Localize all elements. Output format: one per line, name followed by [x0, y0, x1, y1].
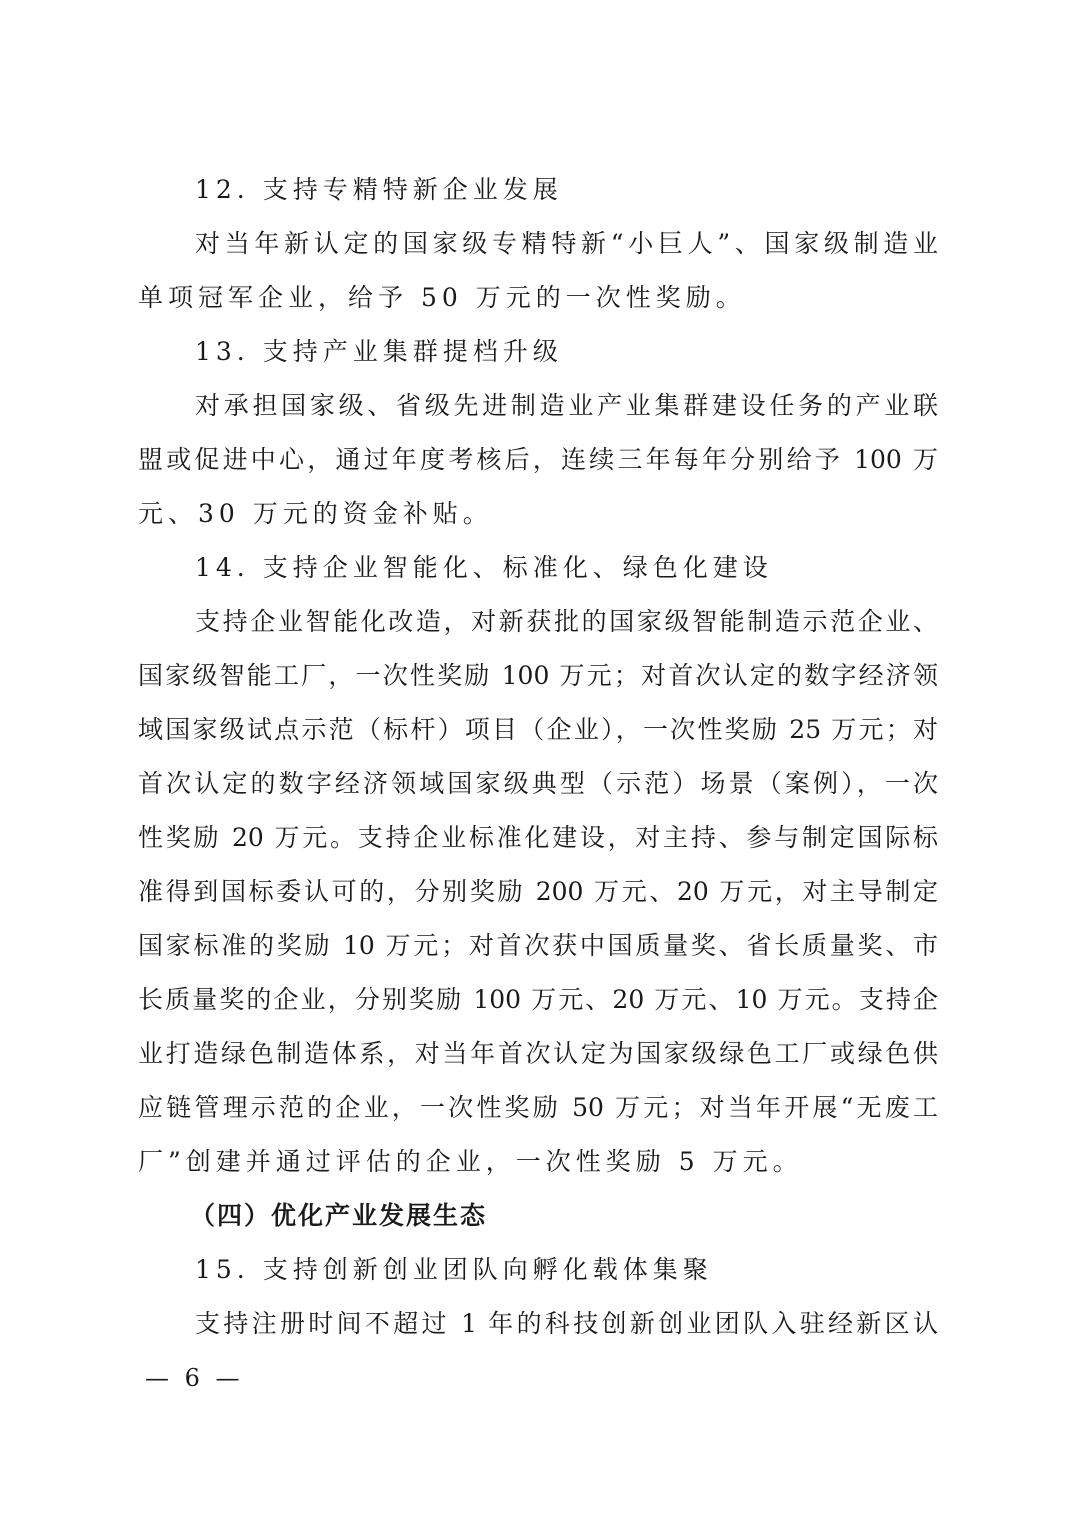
paragraph-line: 域国家级试点示范（标杆）项目（企业），一次性奖励 25 万元；对: [138, 710, 938, 750]
paragraph-line: 厂”创建并通过评估的企业，一次性奖励 5 万元。: [138, 1142, 938, 1182]
heading-14: 14. 支持企业智能化、标准化、绿色化建设: [195, 548, 938, 588]
document-page: 12. 支持专精特新企业发展 对当年新认定的国家级专精特新“小巨人”、国家级制造…: [0, 0, 1074, 1520]
heading-15: 15. 支持创新创业团队向孵化载体集聚: [195, 1250, 938, 1290]
paragraph-line: 国家级智能工厂，一次性奖励 100 万元；对首次认定的数字经济领: [138, 656, 938, 696]
heading-12: 12. 支持专精特新企业发展: [195, 170, 938, 210]
paragraph-line: 业打造绿色制造体系，对当年首次认定为国家级绿色工厂或绿色供: [138, 1034, 938, 1074]
paragraph-line: 支持企业智能化改造，对新获批的国家级智能制造示范企业、: [195, 602, 938, 642]
paragraph-line: 盟或促进中心，通过年度考核后，连续三年每年分别给予 100 万: [138, 440, 938, 480]
paragraph-line: 对当年新认定的国家级专精特新“小巨人”、国家级制造业: [195, 224, 938, 264]
section-heading-4: （四）优化产业发展生态: [190, 1196, 933, 1236]
paragraph-line: 对承担国家级、省级先进制造业产业集群建设任务的产业联: [195, 386, 938, 426]
paragraph-line: 单项冠军企业，给予 50 万元的一次性奖励。: [138, 278, 938, 318]
paragraph-line: 支持注册时间不超过 1 年的科技创新创业团队入驻经新区认: [195, 1304, 938, 1344]
page-number: — 6 —: [145, 1358, 244, 1398]
paragraph-line: 首次认定的数字经济领域国家级典型（示范）场景（案例），一次: [138, 764, 938, 804]
heading-13: 13. 支持产业集群提档升级: [195, 332, 938, 372]
paragraph-line: 准得到国标委认可的，分别奖励 200 万元、20 万元，对主导制定: [138, 872, 938, 912]
paragraph-line: 应链管理示范的企业，一次性奖励 50 万元；对当年开展“无废工: [138, 1088, 938, 1128]
paragraph-line: 元、30 万元的资金补贴。: [138, 494, 938, 534]
paragraph-line: 国家标准的奖励 10 万元；对首次获中国质量奖、省长质量奖、市: [138, 926, 938, 966]
paragraph-line: 性奖励 20 万元。支持企业标准化建设，对主持、参与制定国际标: [138, 818, 938, 858]
paragraph-line: 长质量奖的企业，分别奖励 100 万元、20 万元、10 万元。支持企: [138, 980, 938, 1020]
